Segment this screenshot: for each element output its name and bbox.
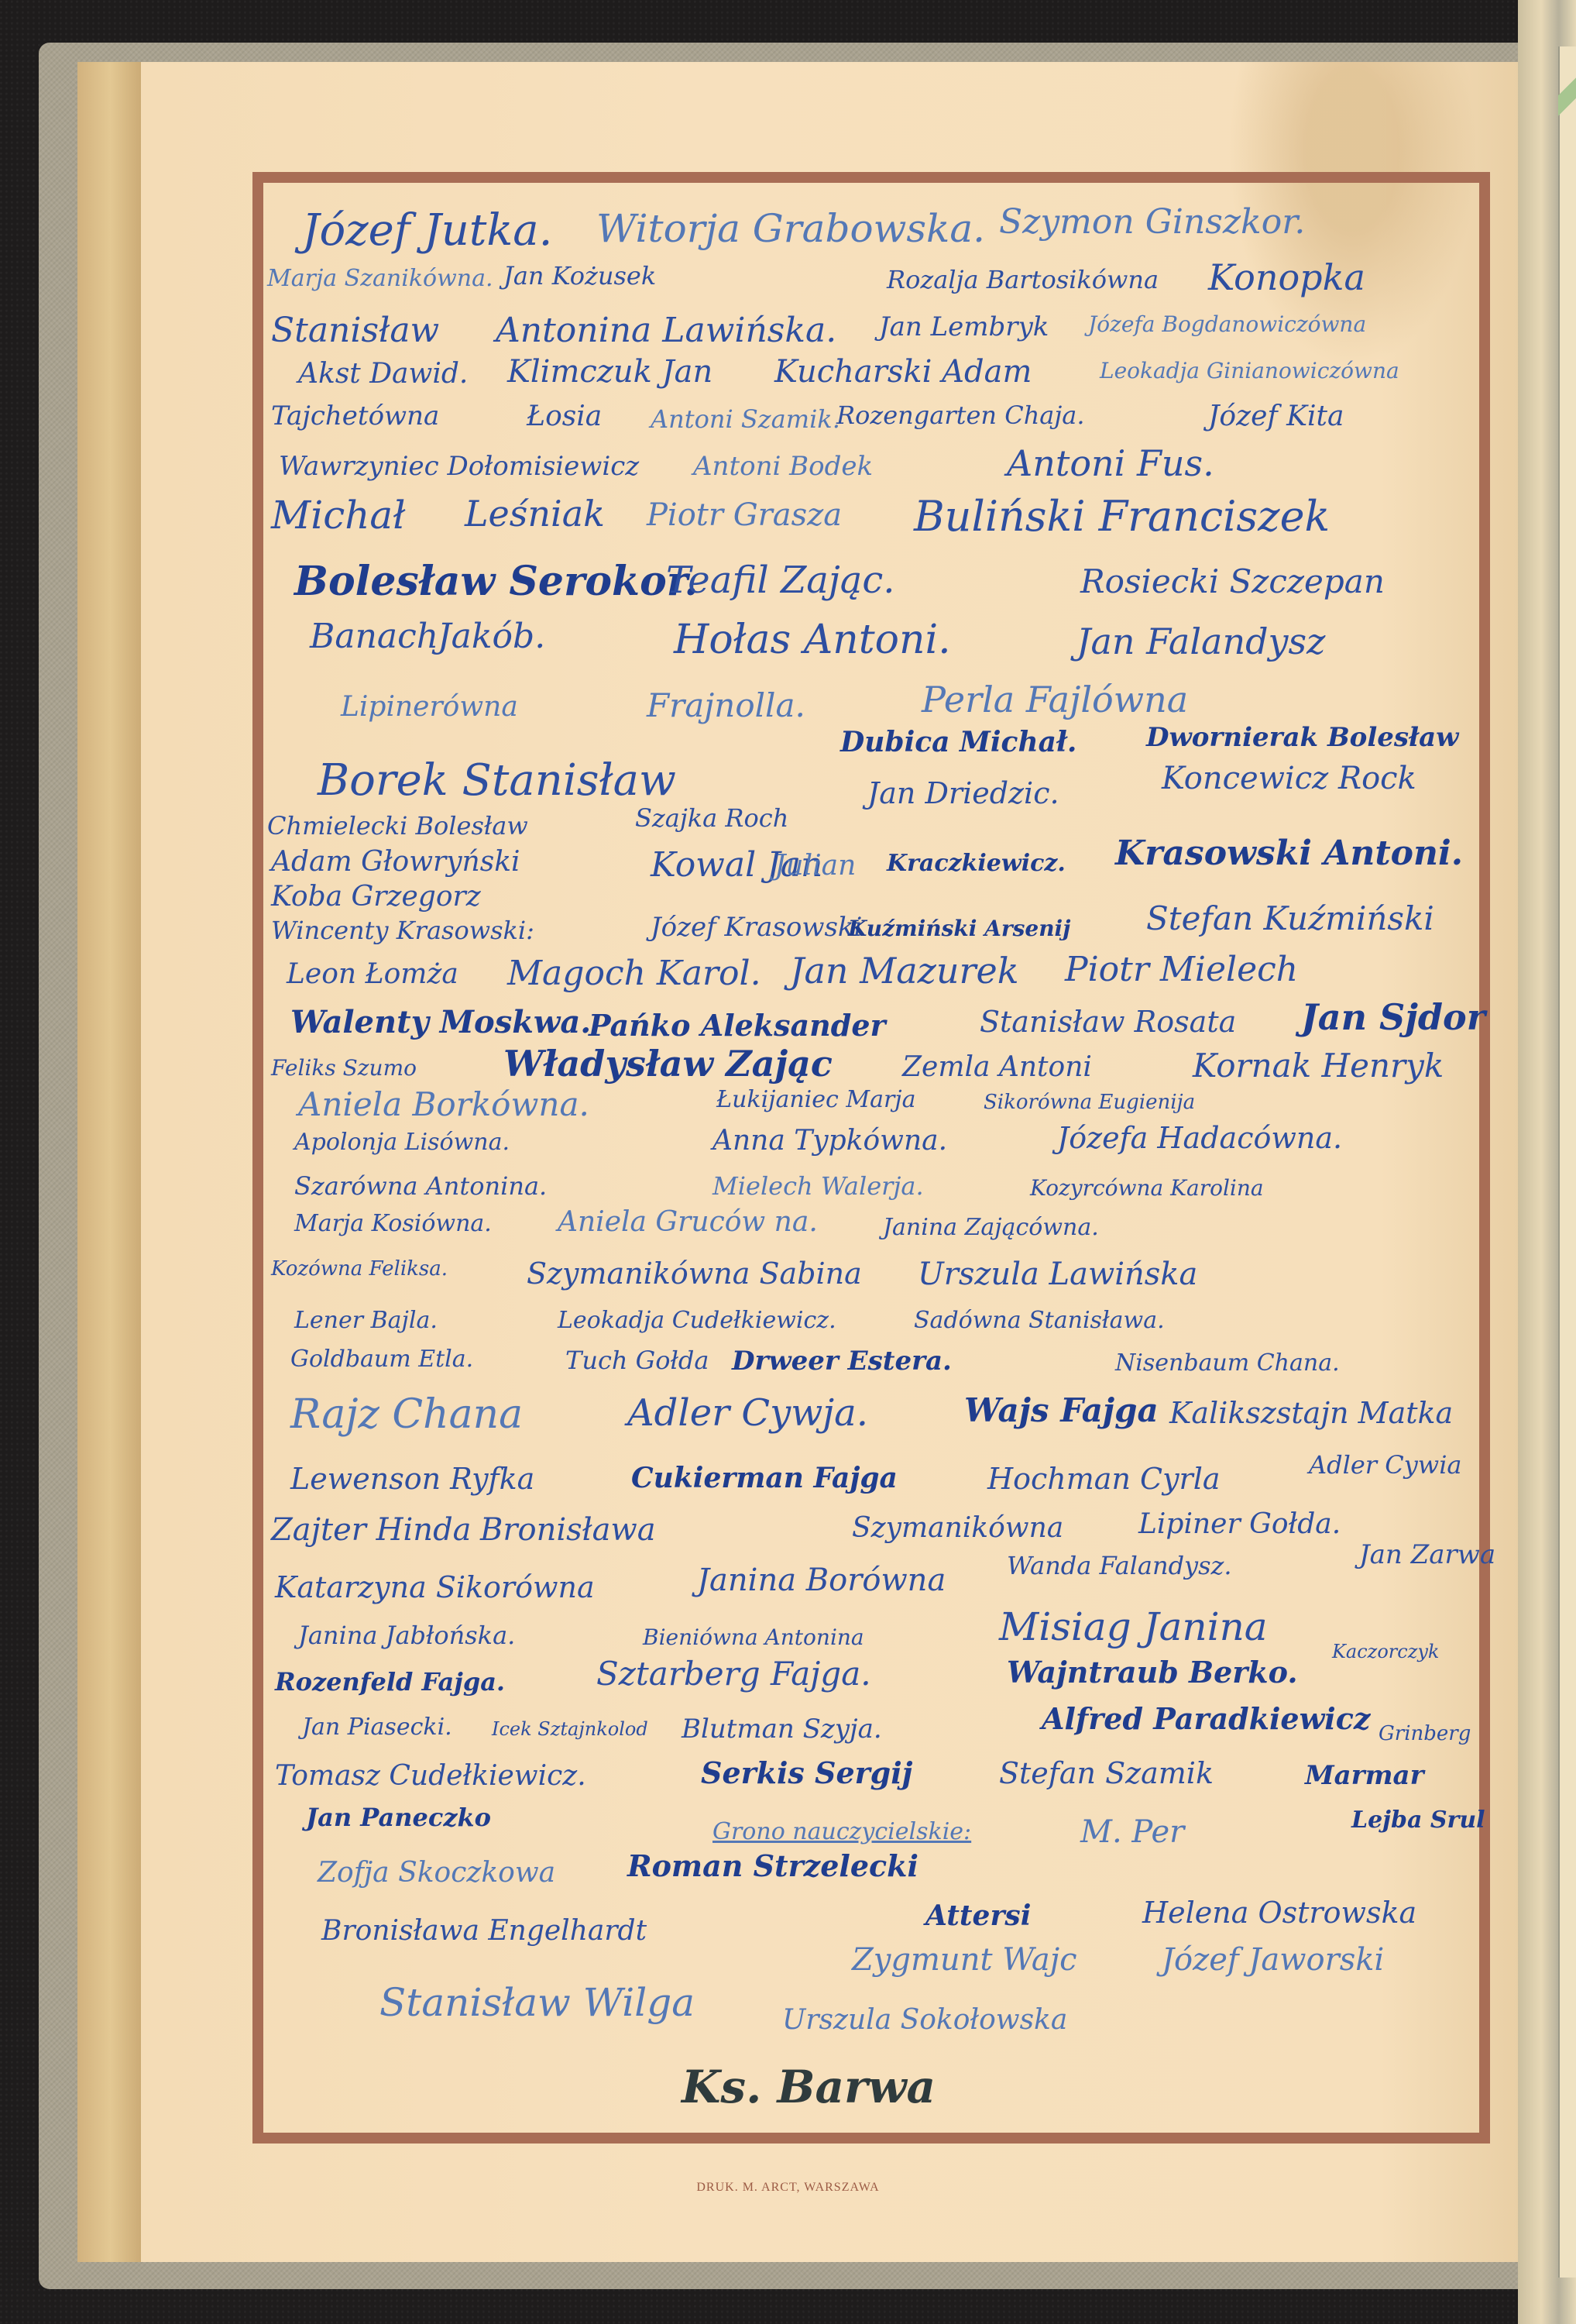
signature: Teafil Zając. — [666, 562, 895, 599]
signature: Janina Jabłońska. — [298, 1623, 515, 1648]
signature: Lewenson Ryfka — [290, 1464, 534, 1494]
signature: Antoni Fus. — [1007, 445, 1214, 481]
signature: Dubica Michał. — [840, 728, 1076, 756]
signature: Kozyrcówna Karolina — [1030, 1177, 1264, 1199]
signature: M. Per — [1080, 1817, 1184, 1848]
signature: Konopka — [1208, 260, 1365, 295]
signature: Zemla Antoni — [902, 1054, 1092, 1081]
signature: Jan Driedzic. — [867, 779, 1059, 808]
signature: Jan Falandysz — [1076, 624, 1325, 659]
signature: Lejba Srul — [1351, 1809, 1485, 1832]
signature: Kalikszstajn Matka — [1169, 1398, 1453, 1428]
signature: Rosiecki Szczepan — [1080, 566, 1385, 598]
signature: Szarówna Antonina. — [294, 1174, 547, 1198]
signature: Jakób. — [438, 620, 545, 654]
signature: Lipinerówna — [341, 693, 518, 721]
signature: Jan Mazurek — [790, 953, 1019, 988]
signature: Stanisław — [271, 314, 439, 348]
signature: Rozenfeld Fajga. — [275, 1669, 505, 1694]
signature: Wawrzyniec Dołomisiewicz — [279, 453, 639, 480]
signature: Urszula Sokołowska — [782, 2006, 1067, 2034]
signature: Misiag Janina — [999, 1607, 1268, 1646]
signature: Kaczorczyk — [1332, 1642, 1439, 1661]
signature: Marmar — [1305, 1762, 1424, 1789]
signature: Sadówna Stanisława. — [914, 1309, 1165, 1332]
signature: Antonina Lawińska. — [496, 314, 836, 348]
signature: Zofja Skoczkowa — [318, 1859, 555, 1887]
signature: Hołas Antoni. — [674, 620, 951, 660]
signature: Koba Grzegorz — [271, 883, 481, 911]
signature: Piotr Grasza — [647, 500, 842, 531]
signature: Alfred Paradkiewicz — [1042, 1704, 1370, 1734]
signature: Kornak Henryk — [1193, 1050, 1444, 1082]
signature: Janina Borówna — [697, 1565, 946, 1596]
signature: Stanisław Rosata — [980, 1007, 1236, 1037]
signature: Antoni Bodek — [693, 453, 873, 480]
signature: Stanisław Wilga — [379, 1983, 695, 2022]
signature: Lipiner Gołda. — [1138, 1511, 1341, 1538]
signature: Kraczkiewicz. — [887, 852, 1066, 875]
signature: Stefan Szamik — [999, 1758, 1214, 1788]
signature: Bronisława Engelhardt — [321, 1917, 647, 1945]
signature: Blutman Szyja. — [682, 1716, 882, 1742]
signature: Witorja Grabowska. — [596, 209, 985, 248]
signature: Wincenty Krasowski: — [271, 918, 534, 943]
signature: Sikorówna Eugienija — [984, 1092, 1195, 1112]
signature: Buliński Franciszek — [914, 496, 1330, 538]
signature: Attersi — [925, 1902, 1031, 1930]
signature: Antoni Szamik. — [651, 407, 840, 431]
signature: Szymanikówna Sabina — [527, 1259, 862, 1288]
signature: Zajter Hinda — [271, 1514, 472, 1545]
signature: Roman Strzelecki — [627, 1851, 918, 1881]
signature: Adam Głowryński — [271, 848, 520, 876]
signature: Szajka Roch — [635, 806, 788, 830]
signature: Aniela Borkówna. — [298, 1088, 589, 1121]
signature: Mielech Walerja. — [712, 1174, 924, 1198]
signature: Borek Stanisław — [318, 759, 676, 803]
signature: Hochman Cyrla — [987, 1464, 1221, 1494]
signature: Wajntraub Berko. — [1007, 1658, 1298, 1687]
signature: Marja Szanikówna. — [267, 267, 493, 290]
signature: Cukierman Fajga — [631, 1464, 898, 1492]
signature: Pańko Aleksander — [589, 1011, 886, 1040]
next-page-edge — [1558, 46, 1576, 2278]
signature: Nisenbaum Chana. — [1115, 1352, 1340, 1375]
signature: Szymanikówna — [852, 1514, 1063, 1542]
signature: Leokadja Ginianowiczówna — [1100, 360, 1399, 382]
signature: Serkis Sergij — [701, 1758, 912, 1788]
printer-imprint: DRUK. M. ARCT, WARSZAWA — [0, 2181, 1576, 2195]
signature: Janina Zającówna. — [883, 1216, 1099, 1239]
signature: Leśniak — [465, 496, 605, 531]
signature: Łukijaniec Marja — [716, 1088, 916, 1112]
signature: Urszula Lawińska — [918, 1259, 1197, 1290]
signature: Adler Cywja. — [627, 1394, 868, 1432]
signature: Anna Typkówna. — [712, 1127, 947, 1155]
signature: Magoch Karol. — [507, 957, 761, 991]
next-page-decoration — [1558, 54, 1576, 139]
signature: Kuźmiński Arsenij — [848, 918, 1070, 940]
signature: Bieniówna Antonina — [643, 1627, 864, 1648]
signature: Klimczuk Jan — [507, 356, 712, 387]
signature: Józef Kita — [1208, 403, 1344, 431]
signature-ks-barwa: Ks. Barwa — [682, 2064, 936, 2109]
signature: Icek Sztajnkolod — [492, 1720, 648, 1738]
signature: Apolonja Lisówna. — [294, 1131, 510, 1154]
signature: Józef Krasowski — [651, 914, 862, 940]
signature: Jan Kożusek — [503, 263, 656, 288]
signature: Perla Fajlówna — [922, 682, 1188, 717]
signature: Krasowski Antoni. — [1115, 837, 1463, 871]
signature: Józefa Hadacówna. — [1057, 1123, 1342, 1153]
signature: Dwornierak Bolesław — [1146, 724, 1458, 751]
signature: Tomasz Cudełkiewicz. — [275, 1762, 586, 1790]
signature: Jan Lembryk — [879, 314, 1049, 340]
signature: Jan Sjdor — [1301, 999, 1485, 1035]
signature: Rajz Chana — [290, 1394, 523, 1435]
signature: Walenty Moskwa. — [290, 1007, 591, 1038]
signature: Szymon Ginszkor. — [999, 205, 1305, 239]
page-edges — [77, 62, 144, 2262]
signature: Marja Kosiówna. — [294, 1212, 492, 1236]
signature: Rozalja Bartosikówna — [887, 267, 1159, 292]
signature: Lener Bajla. — [294, 1309, 438, 1332]
signature: Goldbaum Etla. — [290, 1348, 473, 1371]
signature: Zygmunt Wajc — [852, 1944, 1077, 1975]
signature: Akst Dawid. — [298, 360, 468, 388]
signature: Julian — [774, 852, 856, 880]
signature: Kozówna Feliksa. — [271, 1259, 448, 1279]
signature: Michał — [271, 496, 405, 535]
signature: Feliks Szumo — [271, 1057, 417, 1079]
signature: Józefa Bogdanowiczówna — [1088, 314, 1366, 335]
signature: Jan Zarwa — [1359, 1542, 1495, 1568]
signature: Bronisława — [480, 1514, 656, 1545]
signature: Katarzyna Sikorówna — [275, 1573, 595, 1602]
signature: Koncewicz Rock — [1162, 763, 1416, 794]
signature: Grono nauczycielskie: — [712, 1820, 971, 1844]
signature: Stefan Kuźmiński — [1146, 902, 1434, 935]
signature: Jan Piasecki. — [302, 1716, 452, 1739]
signature: Bolesław Serokor. — [294, 562, 698, 602]
signature: Tajchetówna — [271, 403, 439, 429]
signature: Tuch Gołda — [565, 1348, 709, 1373]
signature: Józef Jaworski — [1162, 1944, 1384, 1975]
signature: Helena Ostrowska — [1142, 1898, 1416, 1927]
signature: Leon Łomża — [287, 961, 458, 988]
signature: Jan Paneczko — [306, 1805, 491, 1830]
signature: Władysław Zając — [503, 1046, 833, 1081]
signature: Józef Jutka. — [302, 209, 552, 253]
signature: Kucharski Adam — [774, 356, 1032, 387]
signature: Wajs Fajga — [964, 1394, 1159, 1427]
signature: Piotr Mielech — [1065, 953, 1298, 987]
signature: Leokadja Cudełkiewicz. — [558, 1309, 836, 1332]
signature: Aniela Gruców na. — [558, 1208, 818, 1236]
signature: Sztarberg Fajga. — [596, 1658, 871, 1690]
signature: Banach — [310, 620, 438, 654]
signature: Wanda Falandysz. — [1007, 1553, 1232, 1578]
signature: Frajnolla. — [647, 689, 805, 722]
signature: Drweer Estera. — [732, 1348, 952, 1374]
signature: Chmielecki Bolesław — [267, 813, 528, 838]
signature: Adler Cywia — [1309, 1452, 1462, 1477]
signature: Grinberg — [1379, 1724, 1471, 1744]
signature: Łosia — [527, 403, 602, 431]
signature: Rozengarten Chaja. — [836, 403, 1085, 428]
